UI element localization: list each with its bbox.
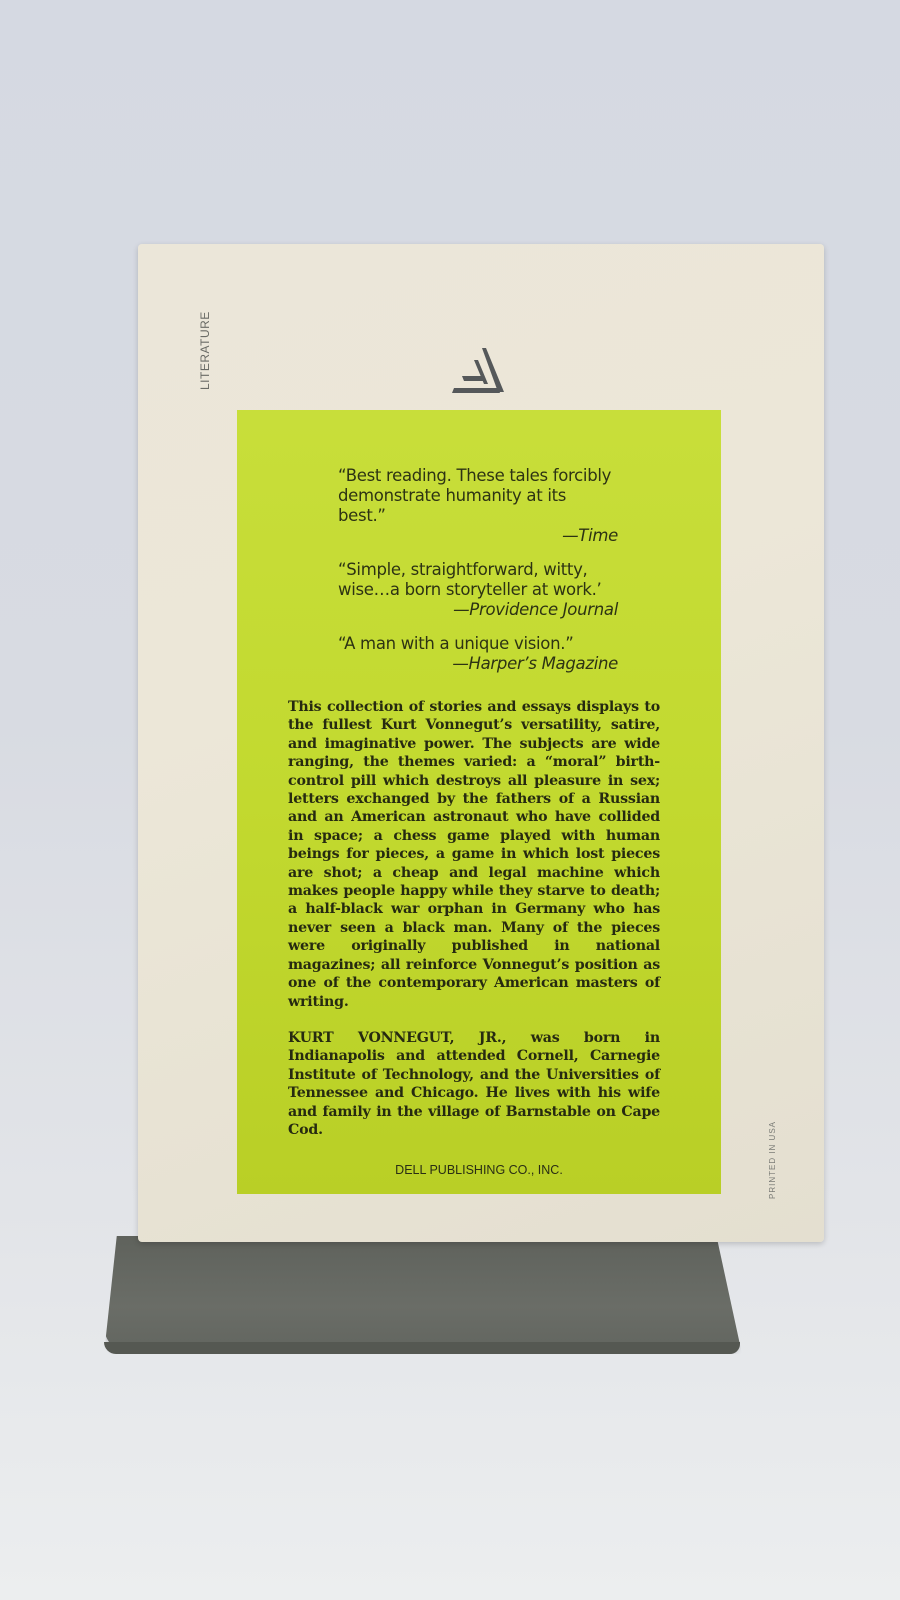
quote-source: —Harper’s Magazine — [338, 654, 618, 674]
publisher-logo-icon — [452, 346, 508, 396]
publisher-name: DELL PUBLISHING CO., INC. — [237, 1163, 721, 1177]
review-quote: “A man with a unique vision.” —Harper’s … — [338, 634, 618, 674]
display-stand-edge — [104, 1342, 740, 1354]
review-quotes: “Best reading. These tales forcibly demo… — [338, 466, 618, 688]
review-quote: “Best reading. These tales forcibly demo… — [338, 466, 618, 546]
quote-source: —Providence Journal — [338, 600, 618, 620]
review-quote: “Simple, straightforward, witty, wise…a … — [338, 560, 618, 620]
category-label: LITERATURE — [198, 320, 218, 390]
printed-in-label: PRINTED IN USA — [768, 1120, 782, 1200]
quote-source: —Time — [338, 526, 618, 546]
book-description: This collection of stories and essays di… — [288, 698, 660, 1157]
author-bio-paragraph: KURT VONNEGUT, JR., was born in Indianap… — [288, 1029, 660, 1139]
quote-text: “Simple, straightforward, witty, wise…a … — [338, 560, 618, 600]
quote-text: “A man with a unique vision.” — [338, 634, 618, 654]
quote-text: “Best reading. These tales forcibly demo… — [338, 466, 618, 526]
summary-paragraph: This collection of stories and essays di… — [288, 698, 660, 1011]
display-stand — [104, 1236, 742, 1354]
